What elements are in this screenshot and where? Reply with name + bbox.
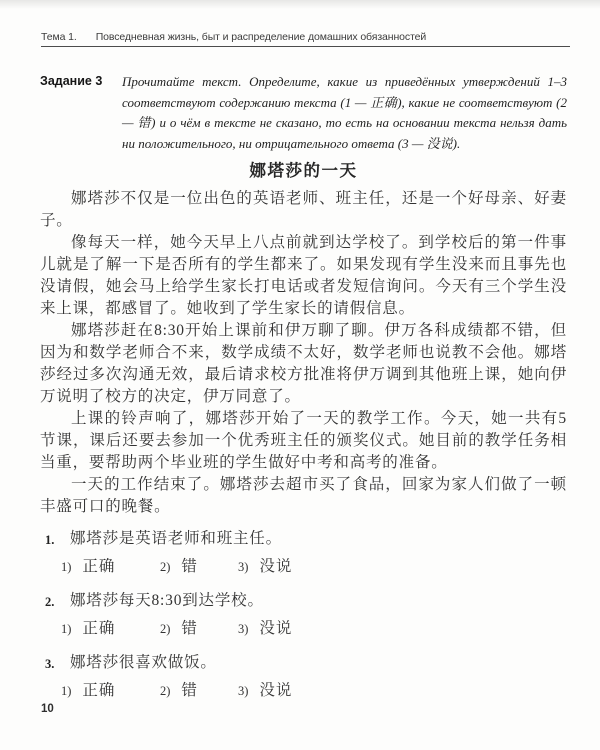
option-label: 没说 [259, 620, 292, 637]
option-marker: 1) [61, 684, 71, 698]
question-text: 娜塔莎是英语老师和班主任。 [70, 530, 282, 547]
task-box: Задание 3 Прочитайте текст. Определите, … [40, 72, 567, 154]
option-marker: 2) [160, 684, 170, 698]
question-text: 娜塔莎每天8:30到达学校。 [70, 592, 264, 609]
page-number: 10 [41, 703, 54, 715]
option: 2)错 [160, 680, 238, 702]
option: 1)正确 [61, 556, 160, 578]
option-row: 1)正确 2)错 3)没说 [40, 556, 567, 578]
option-row: 1)正确 2)错 3)没说 [40, 680, 567, 702]
option: 1)正确 [61, 618, 160, 640]
option-label: 没说 [259, 682, 292, 699]
page-content: Задание 3 Прочитайте текст. Определите, … [40, 72, 567, 714]
question-line: 2. 娜塔莎每天8:30到达学校。 [40, 590, 567, 612]
text-paragraph: 娜塔莎不仅是一位出色的英语老师、班主任，还是一个好母亲、好妻子。 [40, 188, 567, 232]
option-label: 正确 [82, 558, 115, 575]
option: 1)正确 [61, 680, 160, 702]
option-row: 1)正确 2)错 3)没说 [40, 618, 567, 640]
option-label: 错 [181, 620, 198, 637]
question-number: 1. [45, 529, 54, 551]
option-marker: 3) [238, 622, 248, 636]
question-list: 1. 娜塔莎是英语老师和班主任。 1)正确 2)错 3)没说 2. 娜塔莎每天 [40, 528, 567, 702]
question-line: 3. 娜塔莎很喜欢做饭。 [40, 652, 567, 674]
option-label: 错 [181, 558, 198, 575]
option-label: 没说 [259, 558, 292, 575]
option-marker: 1) [61, 622, 71, 636]
question-item: 1. 娜塔莎是英语老师和班主任。 1)正确 2)错 3)没说 [40, 528, 567, 578]
text-paragraph: 一天的工作结束了。娜塔莎去超市买了食品，回家为家人们做了一顿丰盛可口的晚餐。 [40, 474, 567, 518]
header-rule [41, 46, 570, 47]
option-label: 正确 [82, 682, 115, 699]
book-page: Тема 1. Повседневная жизнь, быт и распре… [0, 0, 600, 750]
option: 3)没说 [238, 618, 292, 640]
task-instruction: Прочитайте текст. Определите, какие из п… [122, 72, 567, 154]
question-number: 2. [45, 591, 54, 613]
question-number: 3. [45, 653, 54, 675]
option-marker: 3) [238, 684, 248, 698]
reading-text: 娜塔莎不仅是一位出色的英语老师、班主任，还是一个好母亲、好妻子。 像每天一样，她… [40, 188, 567, 518]
option-marker: 2) [160, 622, 170, 636]
question-text: 娜塔莎很喜欢做饭。 [70, 654, 217, 671]
theme-label: Тема 1. [41, 31, 77, 43]
option-label: 正确 [82, 620, 115, 637]
option-marker: 3) [238, 560, 248, 574]
option-label: 错 [181, 682, 198, 699]
text-title: 娜塔莎的一天 [40, 160, 567, 182]
text-paragraph: 上课的铃声响了，娜塔莎开始了一天的教学工作。今天，她一共有5节课，课后还要去参加… [40, 408, 567, 474]
option: 2)错 [160, 618, 238, 640]
text-paragraph: 娜塔莎赶在8:30开始上课前和伊万聊了聊。伊万各科成绩都不错，但因为和数学老师合… [40, 320, 567, 408]
option: 3)没说 [238, 556, 292, 578]
question-item: 2. 娜塔莎每天8:30到达学校。 1)正确 2)错 3)没说 [40, 590, 567, 640]
option-marker: 2) [160, 560, 170, 574]
option: 2)错 [160, 556, 238, 578]
text-paragraph: 像每天一样，她今天早上八点前就到达学校了。到学校后的第一件事儿就是了解一下是否所… [40, 232, 567, 320]
option: 3)没说 [238, 680, 292, 702]
theme-title: Повседневная жизнь, быт и распределение … [96, 31, 426, 43]
running-head: Тема 1. Повседневная жизнь, быт и распре… [41, 31, 567, 43]
option-marker: 1) [61, 560, 71, 574]
question-item: 3. 娜塔莎很喜欢做饭。 1)正确 2)错 3)没说 [40, 652, 567, 702]
task-label: Задание 3 [40, 72, 122, 88]
question-line: 1. 娜塔莎是英语老师和班主任。 [40, 528, 567, 550]
